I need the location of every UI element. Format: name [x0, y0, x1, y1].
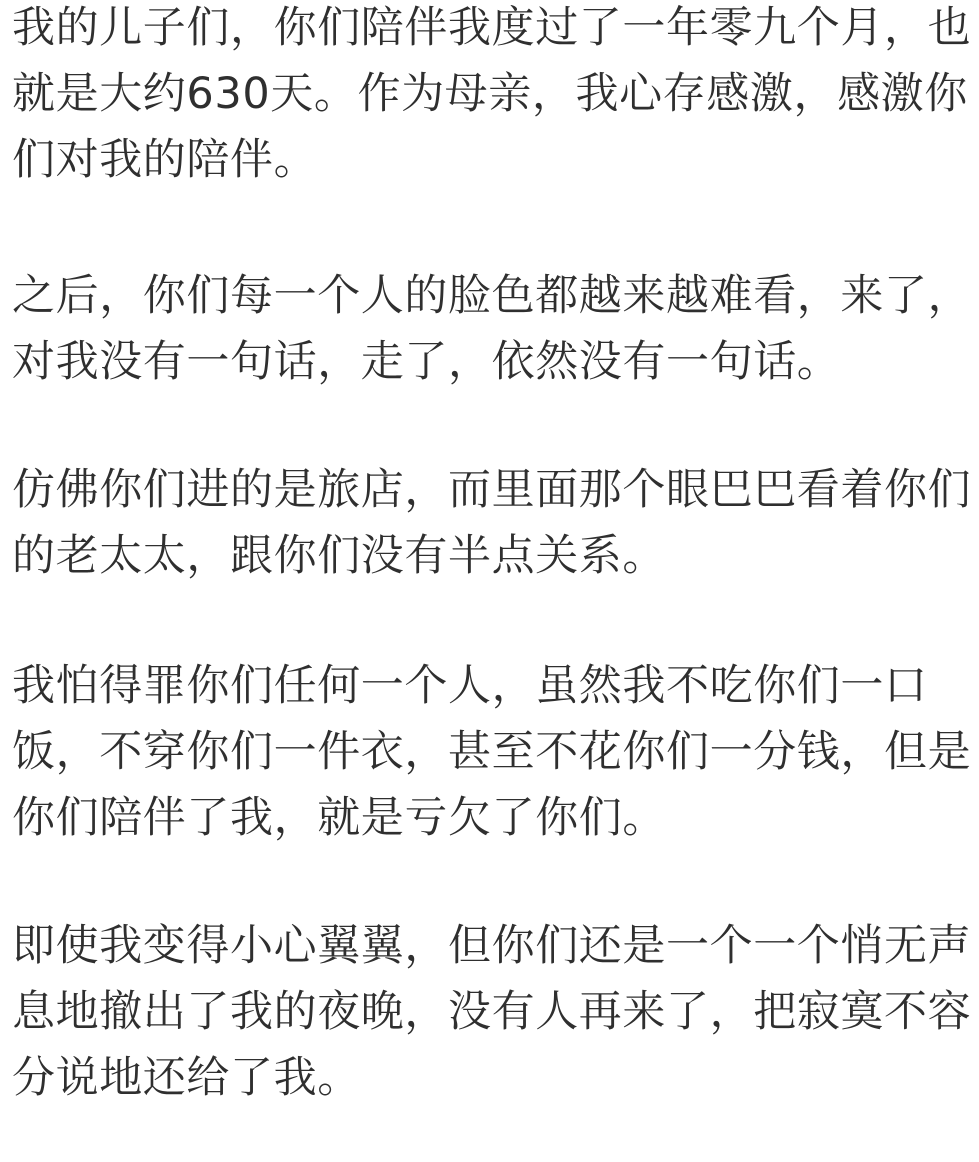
- text-line: 我的儿子们，你们陪伴我度过了一年零九个月，也: [12, 0, 977, 61]
- paragraph-2: 之后，你们每一个人的脸色都越来越难看，来了， 对我没有一句话，走了，依然没有一句…: [12, 263, 977, 395]
- text-line: 仿佛你们进的是旅店，而里面那个眼巴巴看着你们: [12, 457, 977, 523]
- text-line: 息地撤出了我的夜晚，没有人再来了，把寂寞不容: [12, 979, 977, 1045]
- paragraph-1: 我的儿子们，你们陪伴我度过了一年零九个月，也 就是大约630天。作为母亲，我心存…: [12, 0, 977, 193]
- text-line: 分说地还给了我。: [12, 1045, 977, 1111]
- text-line: 们对我的陪伴。: [12, 127, 977, 193]
- paragraph-3: 仿佛你们进的是旅店，而里面那个眼巴巴看着你们 的老太太，跟你们没有半点关系。: [12, 457, 977, 589]
- text-line: 之后，你们每一个人的脸色都越来越难看，来了，: [12, 263, 977, 329]
- text-line: 就是大约630天。作为母亲，我心存感激，感激你: [12, 61, 977, 127]
- text-line: 对我没有一句话，走了，依然没有一句话。: [12, 329, 977, 395]
- text-line: 我怕得罪你们任何一个人，虽然我不吃你们一口: [12, 653, 977, 719]
- text-line: 的老太太，跟你们没有半点关系。: [12, 523, 977, 589]
- paragraph-5: 即使我变得小心翼翼，但你们还是一个一个悄无声 息地撤出了我的夜晚，没有人再来了，…: [12, 913, 977, 1111]
- text-line: 饭，不穿你们一件衣，甚至不花你们一分钱，但是: [12, 719, 977, 785]
- text-line: 即使我变得小心翼翼，但你们还是一个一个悄无声: [12, 913, 977, 979]
- paragraph-4: 我怕得罪你们任何一个人，虽然我不吃你们一口 饭，不穿你们一件衣，甚至不花你们一分…: [12, 653, 977, 851]
- text-line: 你们陪伴了我，就是亏欠了你们。: [12, 785, 977, 851]
